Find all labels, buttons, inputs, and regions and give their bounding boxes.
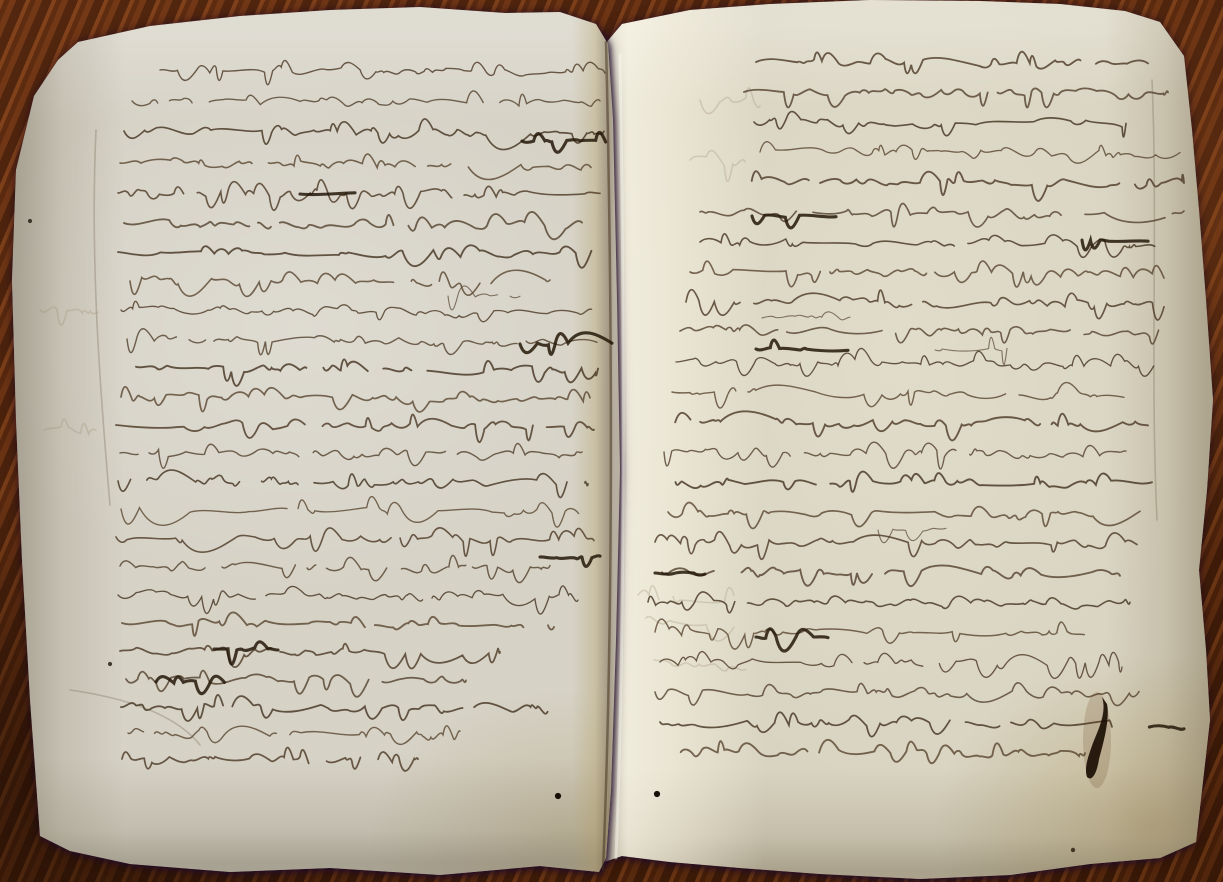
handwriting-line (160, 61, 605, 85)
handwriting-line (754, 112, 1126, 137)
handwriting-line (676, 348, 1162, 376)
ink-blot (1071, 692, 1111, 852)
handwriting-line (127, 329, 597, 355)
handwriting-line (655, 683, 1139, 706)
handwriting-line (116, 528, 594, 556)
fold-crease-line (603, 42, 611, 870)
handwriting-line (120, 644, 500, 669)
emphasis-stroke (520, 333, 612, 355)
emphasis-stroke (540, 556, 600, 567)
handwriting-line (664, 442, 1126, 469)
speck (1071, 848, 1075, 852)
fold-crease (603, 42, 623, 870)
handwriting-line (122, 748, 418, 771)
paper-crease (1152, 80, 1157, 520)
emphasis-stroke (756, 629, 828, 651)
paper-creases (70, 80, 1157, 745)
handwriting-line (124, 119, 604, 150)
handwriting-line (128, 726, 460, 745)
handwriting-line (124, 212, 582, 239)
handwriting-line (662, 565, 1120, 586)
emphasis-stroke (1082, 240, 1148, 250)
handwriting-line (655, 619, 1084, 649)
handwriting-line (752, 171, 1184, 201)
interlinear-insertion (448, 286, 520, 310)
handwriting-line (121, 387, 590, 412)
binding-hole (555, 793, 561, 799)
handwriting-line (668, 503, 1140, 529)
handwriting-line (126, 671, 466, 697)
handwriting-line (130, 270, 550, 296)
handwriting-line (118, 245, 591, 268)
handwriting-line (676, 472, 1153, 492)
right-page-text (648, 52, 1184, 764)
handwriting-line (744, 88, 1168, 107)
emphasis-stroke (655, 572, 705, 575)
handwriting-line (121, 695, 548, 721)
handwriting-line (118, 470, 588, 497)
handwriting-line (672, 383, 1124, 408)
handwriting-line (122, 612, 554, 636)
handwriting-line (120, 154, 609, 179)
manuscript-photo (0, 0, 1223, 882)
emphasis-stroke (300, 193, 355, 195)
handwriting-line (655, 532, 1137, 560)
paper-crease (94, 130, 110, 505)
ghost-showthrough (44, 419, 96, 434)
handwriting-line (686, 290, 1164, 320)
emphasis-stroke (756, 340, 848, 351)
ghost-showthrough-marks (40, 88, 760, 671)
handwriting-line (660, 712, 1112, 736)
ink-dot (28, 219, 32, 223)
handwriting-overlay (0, 0, 1223, 882)
handwriting-line (132, 91, 600, 106)
handwriting-line (700, 234, 1172, 258)
handwriting-line (118, 180, 600, 210)
handwriting-line (756, 52, 1148, 74)
ghost-showthrough (40, 307, 98, 325)
binding-hole (654, 791, 660, 797)
emphasis-stroke (1149, 726, 1184, 730)
emphasis-stroke (214, 642, 278, 664)
left-page-text (28, 61, 612, 771)
handwriting-line (690, 261, 1164, 287)
handwriting-line (136, 359, 598, 385)
emphasis-stroke (522, 132, 606, 152)
ghost-showthrough (690, 151, 745, 182)
handwriting-line (760, 142, 1180, 163)
ghost-showthrough (654, 660, 746, 671)
handwriting-line (121, 301, 592, 321)
interlinear-insertion (935, 337, 1007, 364)
binding-holes (555, 791, 660, 799)
handwriting-line (681, 740, 1085, 764)
emphasis-stroke (752, 215, 836, 228)
ghost-showthrough (700, 88, 760, 114)
handwriting-line (116, 415, 594, 443)
handwriting-line (680, 325, 1159, 344)
handwriting-line (120, 444, 582, 469)
handwriting-line (675, 411, 1148, 440)
handwriting-line (660, 652, 1122, 679)
handwriting-line (118, 586, 578, 614)
interlinear-insertion (762, 312, 850, 320)
handwriting-line (120, 555, 550, 582)
handwriting-line (121, 497, 579, 528)
interlinear-insertion (878, 528, 946, 542)
fold-highlight-line (616, 55, 623, 858)
ink-dot (108, 662, 112, 666)
